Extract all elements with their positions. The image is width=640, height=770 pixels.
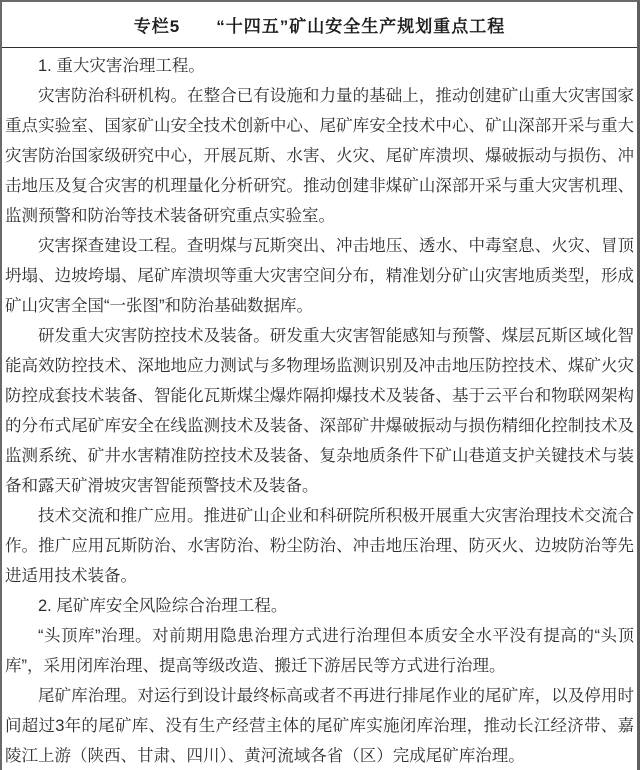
paragraph-technology-exchange: 技术交流和推广应用。推进矿山企业和科研院所积极开展重大灾害治理技术交流合作。推广… — [5, 501, 634, 591]
paragraph-section-2-heading: 2. 尾矿库安全风险综合治理工程。 — [5, 591, 634, 621]
paragraph-disaster-research-institutions: 灾害防治科研机构。在整合已有设施和力量的基础上，推动创建矿山重大灾害国家重点实验… — [5, 81, 634, 231]
paragraph-section-1-heading: 1. 重大灾害治理工程。 — [5, 51, 634, 81]
paragraph-disaster-survey-construction: 灾害探查建设工程。查明煤与瓦斯突出、冲击地压、透水、中毒窒息、火灾、冒顶坍塌、边… — [5, 231, 634, 321]
column5-key-projects-panel: 专栏5 “十四五”矿山安全生产规划重点工程 1. 重大灾害治理工程。 灾害防治科… — [0, 0, 640, 770]
paragraph-overhead-tailings-treatment: “头顶库”治理。对前期用隐患治理方式进行治理但本质安全水平没有提高的“头顶库”，… — [5, 621, 634, 681]
panel-body: 1. 重大灾害治理工程。 灾害防治科研机构。在整合已有设施和力量的基础上，推动创… — [2, 48, 637, 770]
panel-title: 专栏5 “十四五”矿山安全生产规划重点工程 — [134, 12, 505, 37]
paragraph-tailings-pond-treatment: 尾矿库治理。对运行到设计最终标高或者不再进行排尾作业的尾矿库，以及停用时间超过3… — [5, 681, 634, 770]
paragraph-disaster-prevention-technology: 研发重大灾害防控技术及装备。研发重大灾害智能感知与预警、煤层瓦斯区域化智能高效防… — [5, 321, 634, 501]
panel-header: 专栏5 “十四五”矿山安全生产规划重点工程 — [2, 2, 637, 48]
